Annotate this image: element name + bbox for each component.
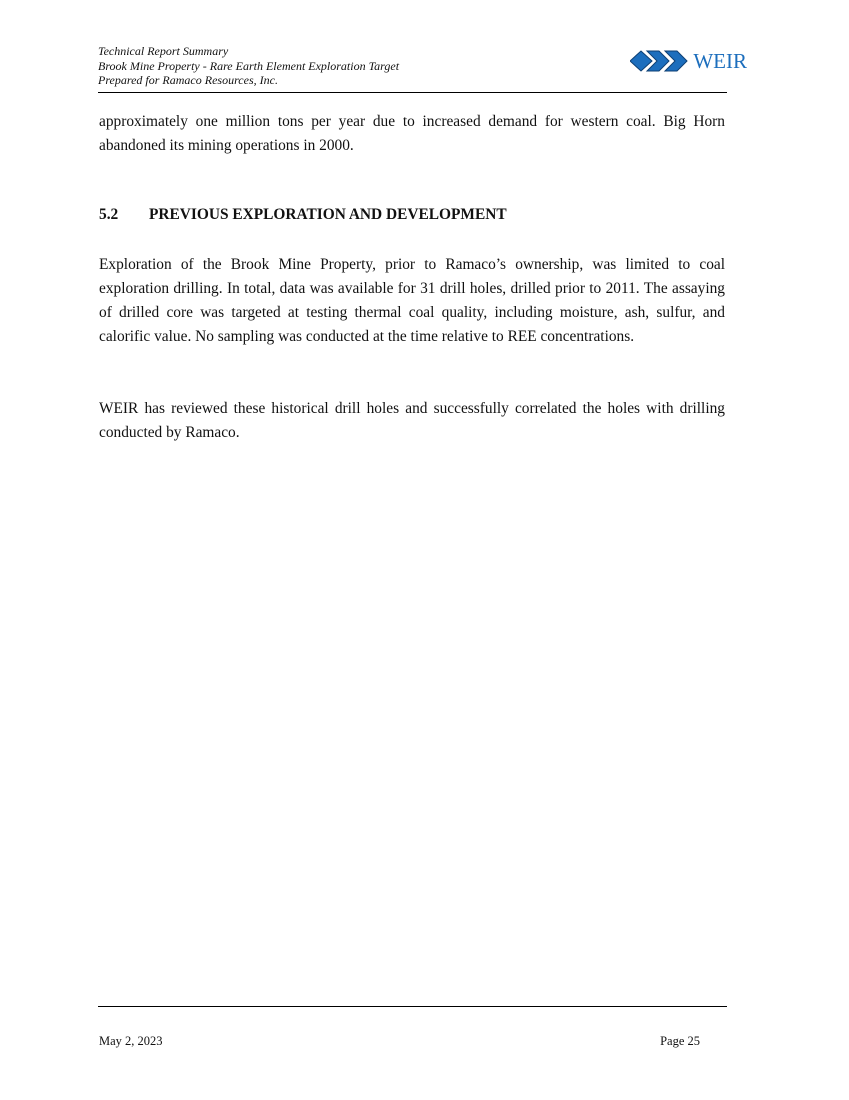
weir-review-paragraph: WEIR has reviewed these historical drill… — [99, 397, 725, 445]
section-title: PREVIOUS EXPLORATION AND DEVELOPMENT — [149, 206, 507, 223]
header-prepared-for: Prepared for Ramaco Resources, Inc. — [98, 73, 399, 88]
intro-paragraph: approximately one million tons per year … — [99, 110, 725, 158]
exploration-paragraph: Exploration of the Brook Mine Property, … — [99, 253, 725, 349]
header-property-title: Brook Mine Property - Rare Earth Element… — [98, 59, 399, 74]
weir-diamond-chevrons-icon — [630, 50, 692, 72]
page-header: Technical Report Summary Brook Mine Prop… — [98, 44, 727, 93]
section-heading: 5.2PREVIOUS EXPLORATION AND DEVELOPMENT — [99, 203, 507, 227]
header-report-type: Technical Report Summary — [98, 44, 399, 59]
header-text-block: Technical Report Summary Brook Mine Prop… — [98, 44, 399, 88]
section-number: 5.2 — [99, 203, 149, 227]
weir-logo-text: WEIR — [693, 50, 747, 72]
weir-logo: WEIR — [630, 50, 747, 72]
footer-date: May 2, 2023 — [99, 1034, 163, 1049]
footer-divider — [98, 1006, 727, 1007]
footer-page-number: Page 25 — [660, 1034, 700, 1049]
